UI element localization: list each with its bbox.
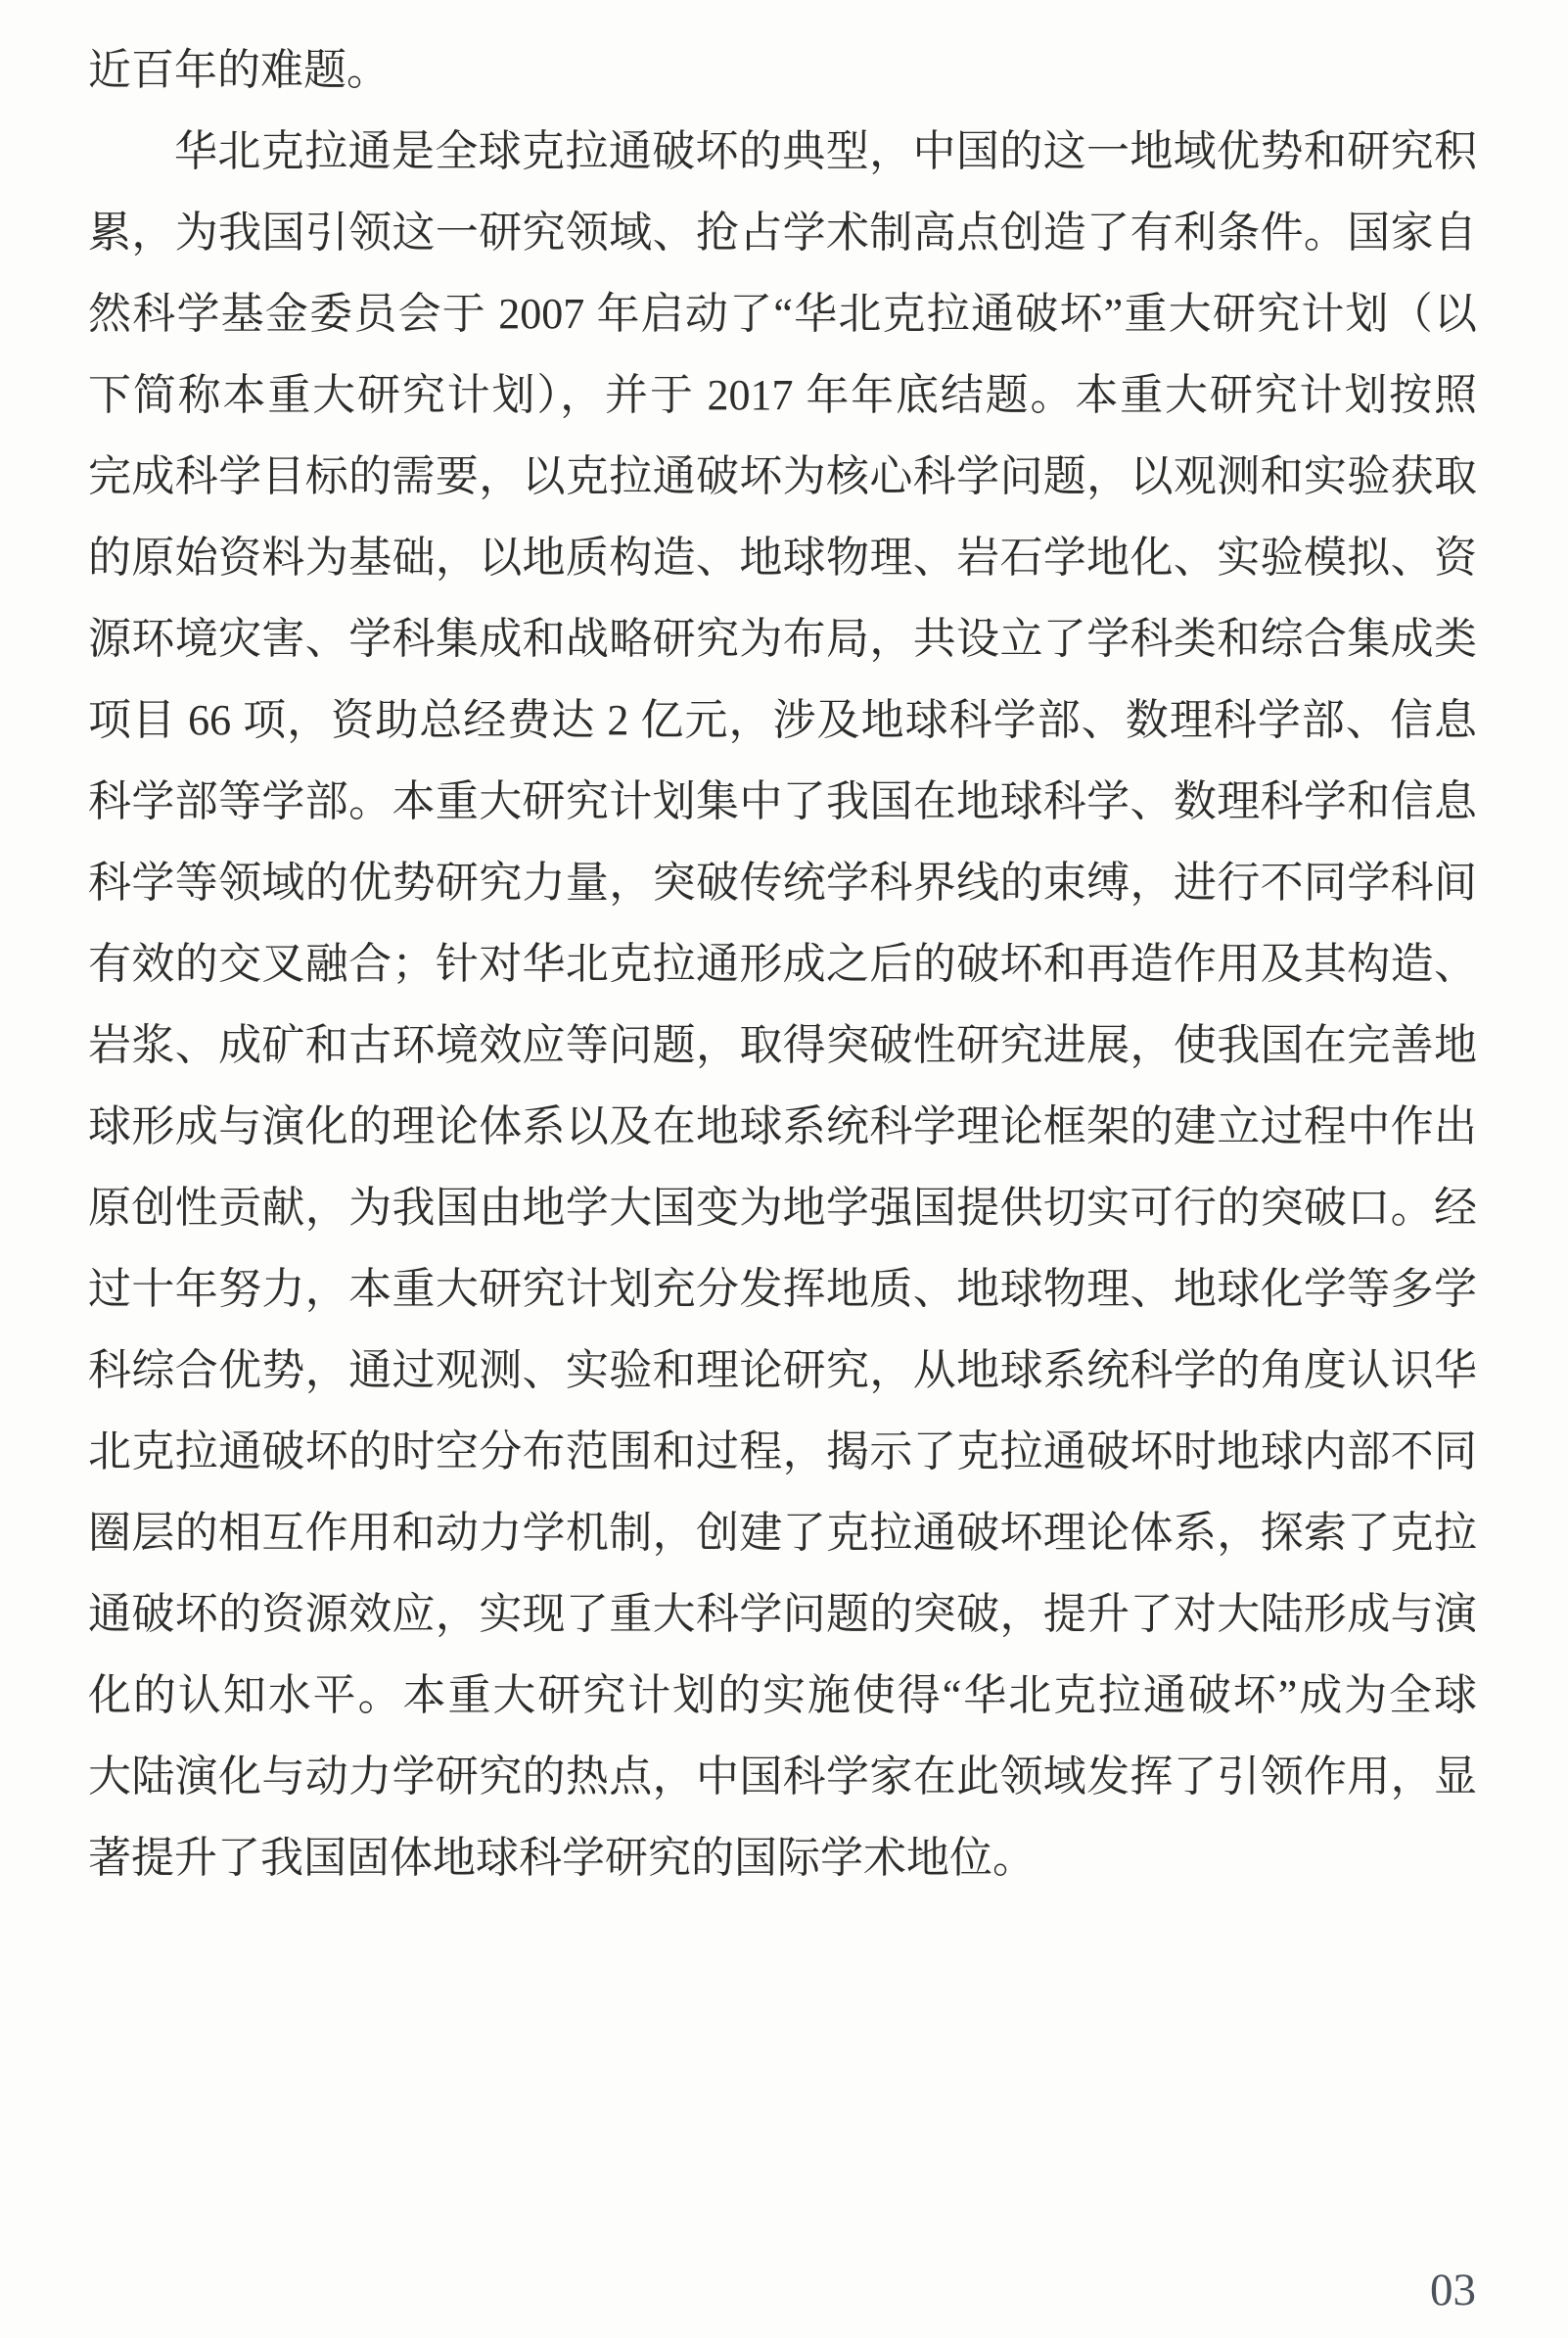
body-text-block: 近百年的难题。华北克拉通是全球克拉通破坏的典型，中国的这一地域优势和研究积累，为… bbox=[88, 29, 1477, 1898]
text-line: 化的认知水平。本重大研究计划的实施使得“华北克拉通破坏”成为全球 bbox=[88, 1655, 1477, 1736]
text-line: 的原始资料为基础，以地质构造、地球物理、岩石学地化、实验模拟、资 bbox=[88, 517, 1477, 598]
text-line: 过十年努力，本重大研究计划充分发挥地质、地球物理、地球化学等多学 bbox=[88, 1248, 1477, 1330]
text-line: 完成科学目标的需要，以克拉通破坏为核心科学问题，以观测和实验获取 bbox=[88, 436, 1477, 517]
text-line: 近百年的难题。 bbox=[88, 29, 1477, 111]
text-line: 科学等领域的优势研究力量，突破传统学科界线的束缚，进行不同学科间 bbox=[88, 842, 1477, 923]
text-line: 下简称本重大研究计划），并于 2017 年年底结题。本重大研究计划按照 bbox=[88, 354, 1477, 436]
text-line: 科综合优势，通过观测、实验和理论研究，从地球系统科学的角度认识华 bbox=[88, 1330, 1477, 1411]
text-line: 圈层的相互作用和动力学机制，创建了克拉通破坏理论体系，探索了克拉 bbox=[88, 1492, 1477, 1573]
text-line: 华北克拉通是全球克拉通破坏的典型，中国的这一地域优势和研究积 bbox=[88, 111, 1477, 192]
page-number: 03 bbox=[1430, 2266, 1476, 2315]
document-page: 近百年的难题。华北克拉通是全球克拉通破坏的典型，中国的这一地域优势和研究积累，为… bbox=[0, 0, 1568, 2338]
text-line: 项目 66 项，资助总经费达 2 亿元，涉及地球科学部、数理科学部、信息 bbox=[88, 679, 1477, 761]
text-line: 通破坏的资源效应，实现了重大科学问题的突破，提升了对大陆形成与演 bbox=[88, 1573, 1477, 1655]
text-line: 原创性贡献，为我国由地学大国变为地学强国提供切实可行的突破口。经 bbox=[88, 1167, 1477, 1248]
text-line: 北克拉通破坏的时空分布范围和过程，揭示了克拉通破坏时地球内部不同 bbox=[88, 1411, 1477, 1492]
text-line: 源环境灾害、学科集成和战略研究为布局，共设立了学科类和综合集成类 bbox=[88, 598, 1477, 679]
text-line: 科学部等学部。本重大研究计划集中了我国在地球科学、数理科学和信息 bbox=[88, 761, 1477, 842]
text-line: 有效的交叉融合；针对华北克拉通形成之后的破坏和再造作用及其构造、 bbox=[88, 923, 1477, 1005]
text-line: 球形成与演化的理论体系以及在地球系统科学理论框架的建立过程中作出 bbox=[88, 1086, 1477, 1167]
text-line: 大陆演化与动力学研究的热点，中国科学家在此领域发挥了引领作用，显 bbox=[88, 1736, 1477, 1817]
text-line: 然科学基金委员会于 2007 年启动了“华北克拉通破坏”重大研究计划（以 bbox=[88, 273, 1477, 354]
text-line: 累，为我国引领这一研究领域、抢占学术制高点创造了有利条件。国家自 bbox=[88, 192, 1477, 273]
text-line: 著提升了我国固体地球科学研究的国际学术地位。 bbox=[88, 1817, 1477, 1898]
text-line: 岩浆、成矿和古环境效应等问题，取得突破性研究进展，使我国在完善地 bbox=[88, 1005, 1477, 1086]
